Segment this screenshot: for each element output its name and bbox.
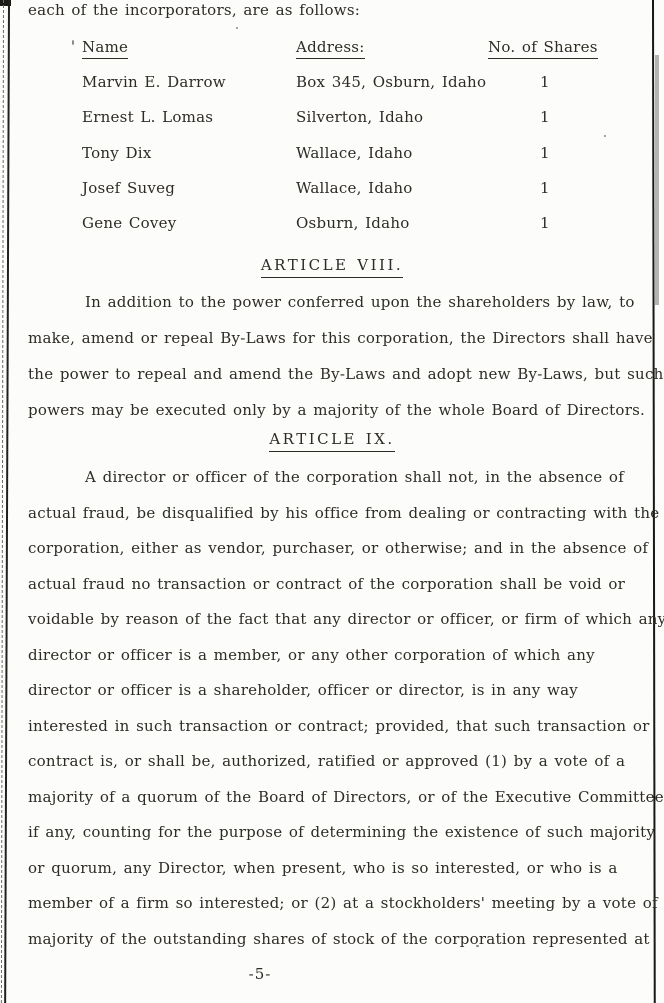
- incorporator-shares: 1: [540, 144, 550, 162]
- paragraph-line: interested in such transaction or contra…: [28, 709, 652, 745]
- incorporator-name: Josef Suveg: [82, 179, 175, 197]
- table-row: Marvin E. Darrow Box 345, Osburn, Idaho …: [0, 73, 664, 97]
- paragraph-line: corporation, either as vendor, purchaser…: [28, 531, 652, 567]
- paragraph-line: director or officer is a shareholder, of…: [28, 673, 652, 709]
- page-number: -5-: [238, 965, 282, 983]
- paragraph-line: powers may be executed only by a majorit…: [28, 392, 652, 428]
- paragraph-line: voidable by reason of the fact that any …: [28, 602, 652, 638]
- incorporator-address: Osburn, Idaho: [296, 214, 410, 232]
- table-header-row: Name Address: No. of Shares: [0, 38, 664, 62]
- incorporator-address: Wallace, Idaho: [296, 179, 413, 197]
- paragraph-line: majority of a quorum of the Board of Dir…: [28, 780, 652, 816]
- table-row: Ernest L. Lomas Silverton, Idaho 1: [0, 108, 664, 132]
- incorporator-name: Ernest L. Lomas: [82, 108, 213, 126]
- paragraph-line: make, amend or repeal By-Laws for this c…: [28, 320, 652, 356]
- paragraph-line: or quorum, any Director, when present, w…: [28, 851, 652, 887]
- scan-speck: [604, 135, 606, 137]
- incorporator-shares: 1: [540, 108, 550, 126]
- article-viii-paragraph: In addition to the power conferred upon …: [28, 284, 652, 428]
- article-ix-heading: ARTICLE IX.: [0, 430, 664, 448]
- paragraph-line: contract is, or shall be, authorized, ra…: [28, 744, 652, 780]
- incorporator-address: Silverton, Idaho: [296, 108, 423, 126]
- paragraph-line: director or officer is a member, or any …: [28, 638, 652, 674]
- incorporator-name: Marvin E. Darrow: [82, 73, 226, 91]
- table-row: Tony Dix Wallace, Idaho 1: [0, 144, 664, 168]
- column-header-shares: No. of Shares: [488, 38, 598, 56]
- incorporator-name: Gene Covey: [82, 214, 177, 232]
- scan-speck: [236, 27, 238, 29]
- paragraph-line: if any, counting for the purpose of dete…: [28, 815, 652, 851]
- incorporator-name: Tony Dix: [82, 144, 152, 162]
- incorporator-shares: 1: [540, 179, 550, 197]
- table-row: Josef Suveg Wallace, Idaho 1: [0, 179, 664, 203]
- table-row: Gene Covey Osburn, Idaho 1: [0, 214, 664, 238]
- paragraph-line: actual fraud, be disqualified by his off…: [28, 496, 652, 532]
- intro-line: each of the incorporators, are as follow…: [28, 1, 360, 19]
- incorporator-shares: 1: [540, 214, 550, 232]
- column-header-name: Name: [82, 38, 128, 56]
- incorporator-address: Box 345, Osburn, Idaho: [296, 73, 486, 91]
- paragraph-line: member of a firm so interested; or (2) a…: [28, 886, 652, 922]
- paragraph-line: In addition to the power conferred upon …: [28, 284, 652, 320]
- paragraph-line: actual fraud no transaction or contract …: [28, 567, 652, 603]
- paragraph-line: A director or officer of the corporation…: [28, 460, 652, 496]
- paragraph-line: majority of the outstanding shares of st…: [28, 922, 652, 958]
- paragraph-line: the power to repeal and amend the By-Law…: [28, 356, 652, 392]
- article-ix-paragraph: A director or officer of the corporation…: [28, 460, 652, 957]
- document-page: each of the incorporators, are as follow…: [0, 0, 664, 1003]
- article-viii-heading: ARTICLE VIII.: [0, 256, 664, 274]
- incorporator-address: Wallace, Idaho: [296, 144, 413, 162]
- incorporator-shares: 1: [540, 73, 550, 91]
- column-header-address: Address:: [296, 38, 365, 56]
